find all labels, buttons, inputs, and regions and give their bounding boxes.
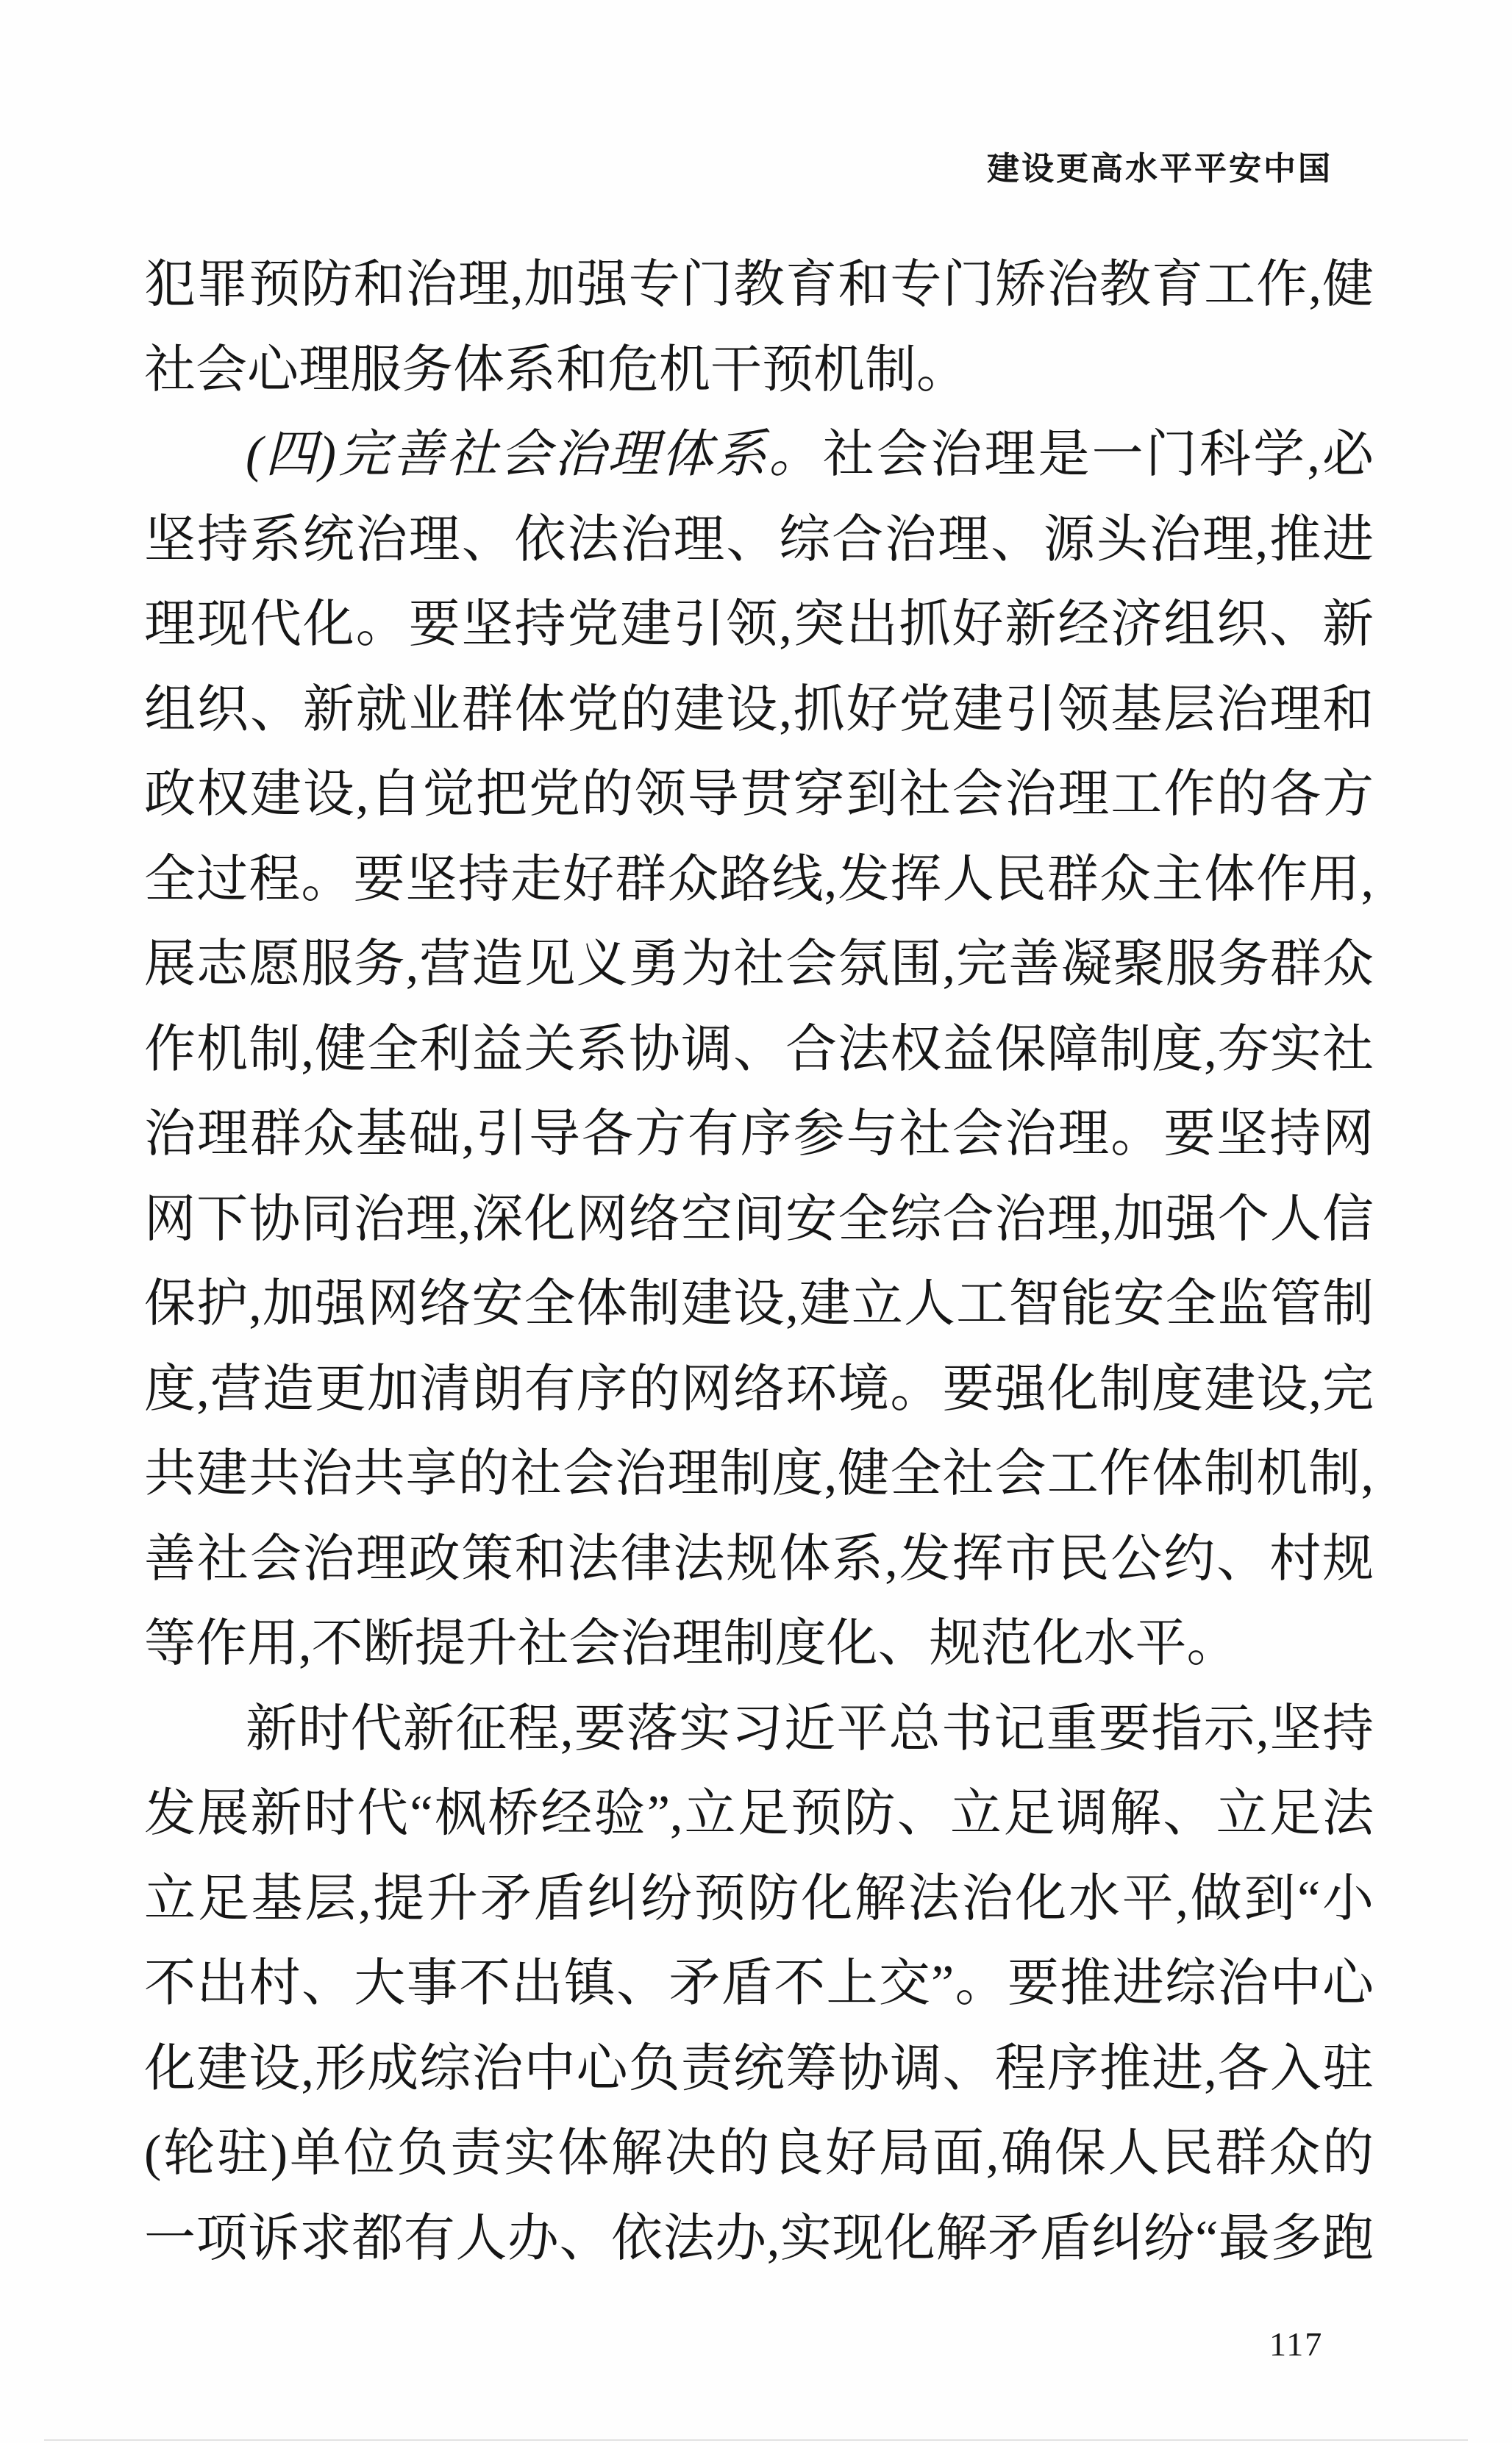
text-line: 度,营造更加清朗有序的网络环境。要强化制度建设,完善 — [144, 1347, 1374, 1433]
text-line: 等作用,不断提升社会治理制度化、规范化水平。 — [144, 1602, 1374, 1687]
text-line: 不出村、大事不出镇、矛盾不上交”。要推进综治中心规范 — [144, 1941, 1374, 2027]
section-heading: (四)完善社会治理体系。 — [246, 427, 823, 483]
text-line: 展志愿服务,营造见义勇为社会氛围,完善凝聚服务群众工 — [144, 922, 1374, 1007]
text-line: 犯罪预防和治理,加强专门教育和专门矫治教育工作,健全 — [144, 243, 1374, 328]
page-bottom-edge — [44, 2439, 1468, 2441]
text-line: 治理群众基础,引导各方有序参与社会治理。要坚持网上 — [144, 1092, 1374, 1177]
text-line: 化建设,形成综治中心负责统筹协调、程序推进,各入驻 — [144, 2027, 1374, 2112]
text-line: (四)完善社会治理体系。社会治理是一门科学,必须 — [144, 413, 1374, 498]
text-line: (轮驻)单位负责实体解决的良好局面,确保人民群众的每 — [144, 2111, 1374, 2197]
text-line: 一项诉求都有人办、依法办,实现化解矛盾纠纷“最多跑一 — [144, 2197, 1374, 2282]
text-line: 新时代新征程,要落实习近平总书记重要指示,坚持和 — [144, 1687, 1374, 1772]
text-line: 理现代化。要坚持党建引领,突出抓好新经济组织、新社会 — [144, 582, 1374, 668]
text-line: 保护,加强网络安全体制建设,建立人工智能安全监管制 — [144, 1262, 1374, 1347]
text-line: 发展新时代“枫桥经验”,立足预防、立足调解、立足法治、 — [144, 1772, 1374, 1857]
text-line: 全过程。要坚持走好群众路线,发挥人民群众主体作用,发 — [144, 838, 1374, 923]
book-page: 建设更高水平平安中国 犯罪预防和治理,加强专门教育和专门矫治教育工作,健全 社会… — [0, 0, 1512, 2443]
page-body: 犯罪预防和治理,加强专门教育和专门矫治教育工作,健全 社会心理服务体系和危机干预… — [144, 243, 1374, 2281]
text-line: 坚持系统治理、依法治理、综合治理、源头治理,推进社会治 — [144, 498, 1374, 583]
text-line: 立足基层,提升矛盾纠纷预防化解法治化水平,做到“小事 — [144, 1857, 1374, 1942]
page-number: 117 — [1269, 2324, 1323, 2365]
text-line: 共建共治共享的社会治理制度,健全社会工作体制机制,完 — [144, 1432, 1374, 1517]
text-line: 作机制,健全利益关系协调、合法权益保障制度,夯实社会 — [144, 1007, 1374, 1093]
text-line: 善社会治理政策和法律法规体系,发挥市民公约、村规民约 — [144, 1517, 1374, 1602]
text-line: 社会心理服务体系和危机干预机制。 — [144, 328, 1374, 413]
text-line: 组织、新就业群体党的建设,抓好党建引领基层治理和基层 — [144, 668, 1374, 753]
running-header: 建设更高水平平安中国 — [987, 149, 1333, 190]
text-line: 政权建设,自觉把党的领导贯穿到社会治理工作的各方面 — [144, 752, 1374, 838]
text-line: 网下协同治理,深化网络空间安全综合治理,加强个人信息 — [144, 1177, 1374, 1263]
